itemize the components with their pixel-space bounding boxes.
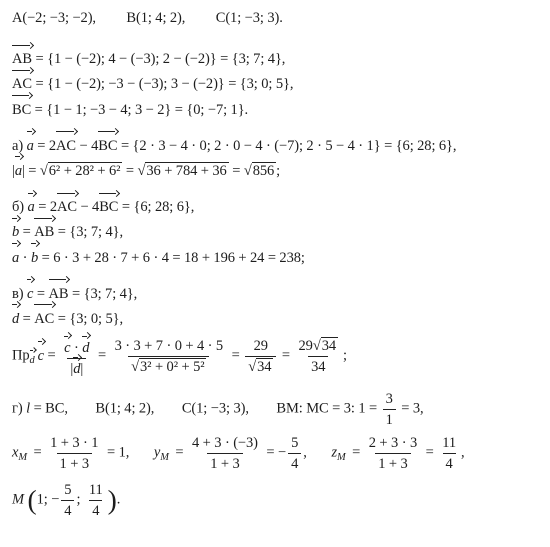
- radicand: 6² + 28² + 6²: [48, 162, 123, 179]
- subscript: M: [18, 450, 27, 467]
- math-text: = {2 · 3 − 4 · 0; 2 · 0 − 4 · (−7); 2 · …: [117, 138, 456, 154]
- fraction-numerator: 2 + 3 · 3: [366, 433, 420, 453]
- math-text: =: [30, 444, 45, 460]
- radical-sign-icon: √: [40, 163, 48, 179]
- radicand: 34: [321, 337, 338, 354]
- math-text: ·: [70, 340, 82, 356]
- points-line: A(−2; −3; −2),B(1; 4; 2),C(1; −3; 3).: [12, 7, 546, 30]
- radicand: 36 + 784 + 36: [145, 162, 228, 179]
- math-text: = {1 − (−2); 4 − (−3); 2 − (−2)} = {3; 7…: [32, 51, 285, 67]
- math-text: =: [278, 348, 293, 364]
- math-text: =: [19, 224, 34, 240]
- fraction: 114: [86, 480, 106, 520]
- vector-bc-with-arrow-icon: BC: [98, 135, 117, 158]
- vector-c-with-arrow-icon: c: [38, 345, 44, 368]
- part-v-projection-line: Прdc = c · d|d| = 3 · 3 + 7 · 0 + 4 · 5√…: [12, 334, 546, 378]
- subscript: d: [30, 353, 35, 370]
- fraction-numerator: 3: [383, 389, 396, 409]
- vector-bc-with-arrow-icon: BC: [99, 196, 118, 219]
- math-text: C(1; −3; 3).: [216, 10, 283, 26]
- math-text: ;: [343, 348, 347, 364]
- fraction: 1 + 3 · 11 + 3: [47, 433, 101, 473]
- math-text: ;: [276, 163, 280, 179]
- math-text: 34: [322, 338, 336, 354]
- math-text: 3² + 0² + 5²: [140, 359, 204, 375]
- vector-d-with-arrow-icon: d: [12, 308, 19, 331]
- fraction-numerator: 3 · 3 + 7 · 0 + 4 · 5: [112, 336, 227, 356]
- fraction: 29√3434: [296, 336, 341, 376]
- math-text: 36 + 784 + 36: [146, 163, 226, 179]
- math-text: 29: [254, 338, 268, 354]
- math-text: C(1; −3; 3),: [182, 401, 249, 417]
- math-text: г): [12, 401, 26, 417]
- math-text: = {3; 7; 4},: [68, 286, 137, 302]
- math-text: = 2: [34, 138, 56, 154]
- vector-d-with-arrow-icon: d: [30, 353, 35, 370]
- math-text: 4: [92, 503, 99, 519]
- fraction: 4 + 3 · (−3)1 + 3: [189, 433, 261, 473]
- square-root: √6² + 28² + 6²: [40, 160, 122, 183]
- math-text: 11: [442, 435, 456, 451]
- math-text: =: [33, 286, 48, 302]
- subscript: M: [160, 450, 169, 467]
- math-text: BM: MC = 3: 1 =: [276, 401, 380, 417]
- fraction-denominator: √34: [245, 356, 276, 376]
- part-b-b-line: b = AB = {3; 7; 4},: [12, 221, 546, 244]
- part-b-vector-line: б) a = 2AC − 4BC = {6; 28; 6},: [12, 196, 546, 219]
- math-text: 4 + 3 · (−3): [192, 435, 258, 451]
- fraction-denominator: 4: [89, 500, 102, 520]
- math-text: = 3,: [398, 401, 424, 417]
- math-text: = {6; 28; 6},: [118, 199, 194, 215]
- part-a-magnitude-line: |a| = √6² + 28² + 6² = √36 + 784 + 36 = …: [12, 160, 546, 183]
- fraction: 54: [61, 480, 74, 520]
- part-v-d-line: d = AC = {3; 0; 5},: [12, 308, 546, 331]
- subscript: M: [337, 450, 346, 467]
- math-text: б): [12, 199, 28, 215]
- radical-sign-icon: √: [313, 338, 321, 354]
- math-document: A(−2; −3; −2),B(1; 4; 2),C(1; −3; 3).AB …: [0, 0, 550, 520]
- vector-a-with-arrow-icon: a: [15, 160, 22, 183]
- math-text: .: [117, 491, 121, 507]
- math-text: − 4: [76, 138, 98, 154]
- math-text: а): [12, 138, 27, 154]
- vec-ac-line: AC = {1 − (−2); −3 − (−3); 3 − (−2)} = {…: [12, 73, 546, 96]
- vector-c-with-arrow-icon: c: [64, 339, 70, 357]
- fraction-numerator: 4 + 3 · (−3): [189, 433, 261, 453]
- math-variable: M: [160, 452, 169, 463]
- square-root: √34: [313, 337, 338, 355]
- part-v-c-line: в) c = AB = {3; 7; 4},: [12, 283, 546, 306]
- math-text: Пр: [12, 348, 30, 364]
- fraction-numerator: 29: [251, 336, 271, 356]
- radicand: 856: [252, 162, 276, 179]
- math-text: =: [94, 348, 109, 364]
- math-text: ·: [19, 250, 31, 266]
- fraction: 114: [439, 433, 459, 473]
- radical-sign-icon: √: [248, 359, 256, 375]
- math-text: 34: [257, 359, 271, 375]
- math-text: = {1 − (−2); −3 − (−3); 3 − (−2)} = {3; …: [32, 76, 293, 92]
- square-root: √36 + 784 + 36: [138, 160, 229, 183]
- vector-d-with-arrow-icon: d: [73, 360, 80, 378]
- math-variable: M: [18, 452, 27, 463]
- math-text: ,: [461, 444, 465, 460]
- fraction: 2 + 3 · 31 + 3: [366, 433, 420, 473]
- math-text: = 1,: [103, 444, 129, 460]
- math-text: 3: [386, 391, 393, 407]
- math-text: = 2: [35, 199, 57, 215]
- math-text: 3 · 3 + 7 · 0 + 4 · 5: [115, 338, 224, 354]
- vector-a-with-arrow-icon: a: [27, 135, 34, 158]
- fraction: c · d|d|: [61, 334, 92, 378]
- math-variable: M: [337, 452, 346, 463]
- vector-a-with-arrow-icon: a: [28, 196, 35, 219]
- math-text: 5: [291, 435, 298, 451]
- math-text: 1 + 3: [60, 456, 89, 472]
- math-text: 4: [446, 456, 453, 472]
- math-text: ,: [303, 444, 307, 460]
- fraction-denominator: 4: [443, 453, 456, 473]
- math-text: = −: [263, 444, 286, 460]
- math-text: = {3; 0; 5},: [54, 311, 123, 327]
- part-g-result-line: M (1; −54; 114).: [12, 480, 546, 520]
- math-text: 856: [253, 163, 274, 179]
- math-text: =: [19, 311, 34, 327]
- square-root: √34: [248, 358, 273, 376]
- fraction-denominator: √3² + 0² + 5²: [128, 356, 209, 376]
- math-text: B(1; 4; 2),: [95, 401, 154, 417]
- fraction-denominator: 4: [288, 453, 301, 473]
- math-text: = BC,: [30, 401, 68, 417]
- math-text: | =: [22, 163, 40, 179]
- radical-sign-icon: √: [138, 163, 146, 179]
- fraction-numerator: 1 + 3 · 1: [47, 433, 101, 453]
- math-text: 1: [386, 412, 393, 428]
- fraction-denominator: 1 + 3: [375, 453, 410, 473]
- math-text: =: [122, 163, 137, 179]
- math-text: B(1; 4; 2),: [126, 10, 185, 26]
- math-text: 1 + 3: [378, 456, 407, 472]
- radicand: 3² + 0² + 5²: [139, 358, 206, 375]
- math-text: =: [44, 348, 59, 364]
- fraction-numerator: 11: [86, 480, 106, 500]
- vector-ac-with-arrow-icon: AC: [34, 308, 54, 331]
- math-text: A(−2; −3; −2),: [12, 10, 96, 26]
- math-text: =: [349, 444, 364, 460]
- math-text: ;: [76, 491, 83, 507]
- math-text: 2 + 3 · 3: [369, 435, 417, 451]
- math-text: 1; −: [37, 491, 60, 507]
- math-text: |: [80, 361, 83, 377]
- part-a-vector-line: а) a = 2AC − 4BC = {2 · 3 − 4 · 0; 2 · 0…: [12, 135, 546, 158]
- math-variable: M: [12, 491, 24, 507]
- math-text: − 4: [77, 199, 99, 215]
- fraction-denominator: 1 + 3: [207, 453, 242, 473]
- fraction-denominator: 1: [383, 409, 396, 429]
- math-text: 29: [299, 338, 313, 354]
- math-text: = 6 · 3 + 28 · 7 + 6 · 4 = 18 + 196 + 24…: [38, 250, 305, 266]
- fraction: 31: [383, 389, 396, 429]
- fraction-denominator: 34: [308, 356, 328, 376]
- vector-d-with-arrow-icon: d: [82, 339, 89, 357]
- math-text: = {3; 7; 4},: [54, 224, 123, 240]
- math-text: =: [172, 444, 187, 460]
- fraction: 29√34: [245, 336, 276, 376]
- fraction: 54: [288, 433, 301, 473]
- square-root: √856: [244, 160, 276, 183]
- fraction-numerator: 29√34: [296, 336, 341, 356]
- math-text: 5: [64, 482, 71, 498]
- fraction-denominator: |d|: [67, 358, 86, 378]
- math-text: 1 + 3 · 1: [50, 435, 98, 451]
- vector-a-with-arrow-icon: a: [12, 247, 19, 270]
- radical-sign-icon: √: [131, 359, 139, 375]
- math-text: в): [12, 286, 27, 302]
- radicand: 34: [256, 358, 273, 375]
- fraction: 3 · 3 + 7 · 0 + 4 · 5√3² + 0² + 5²: [112, 336, 227, 376]
- part-g-ratio-line: г) l = BC,B(1; 4; 2),C(1; −3; 3),BM: MC …: [12, 389, 546, 429]
- vector-bc-with-arrow-icon: BC: [12, 99, 31, 122]
- radical-sign-icon: √: [244, 163, 252, 179]
- part-g-coords-line: xM = 1 + 3 · 11 + 3 = 1,yM = 4 + 3 · (−3…: [12, 433, 546, 473]
- square-root: √3² + 0² + 5²: [131, 358, 206, 376]
- fraction-numerator: 5: [61, 480, 74, 500]
- vec-bc-line: BC = {1 − 1; −3 − 4; 3 − 2} = {0; −7; 1}…: [12, 99, 546, 122]
- math-text: =: [228, 348, 243, 364]
- math-text: 4: [291, 456, 298, 472]
- vector-ac-with-arrow-icon: AC: [56, 135, 76, 158]
- math-text: 4: [64, 503, 71, 519]
- vector-b-with-arrow-icon: b: [31, 247, 38, 270]
- math-text: 34: [311, 359, 325, 375]
- math-text: 6² + 28² + 6²: [49, 163, 121, 179]
- fraction-denominator: 1 + 3: [57, 453, 92, 473]
- vec-ab-line: AB = {1 − (−2); 4 − (−3); 2 − (−2)} = {3…: [12, 48, 546, 71]
- part-b-dot-line: a · b = 6 · 3 + 28 · 7 + 6 · 4 = 18 + 19…: [12, 247, 546, 270]
- math-text: [24, 491, 28, 507]
- math-text: =: [229, 163, 244, 179]
- math-text: 1 + 3: [210, 456, 239, 472]
- fraction-numerator: 11: [439, 433, 459, 453]
- vector-c-with-arrow-icon: c: [27, 283, 33, 306]
- math-text: 11: [89, 482, 103, 498]
- vector-ac-with-arrow-icon: AC: [57, 196, 77, 219]
- fraction-denominator: 4: [61, 500, 74, 520]
- math-text: = {1 − 1; −3 − 4; 3 − 2} = {0; −7; 1}.: [31, 102, 248, 118]
- fraction-numerator: 5: [288, 433, 301, 453]
- math-text: =: [422, 444, 437, 460]
